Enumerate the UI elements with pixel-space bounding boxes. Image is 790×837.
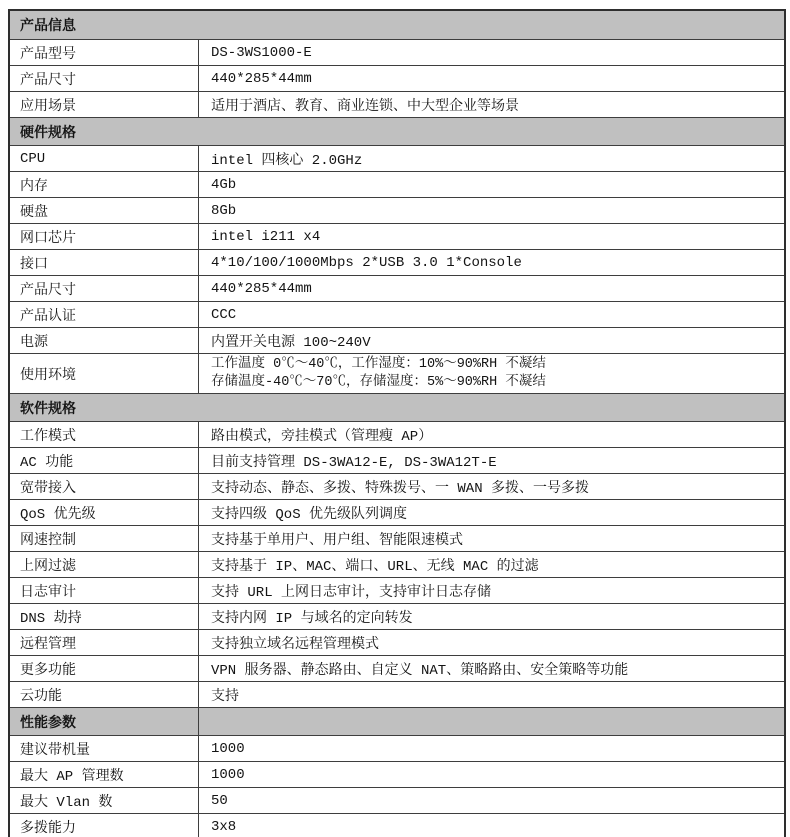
table-row: DNS 劫持支持内网 IP 与域名的定向转发 [10, 603, 784, 629]
spec-value: 路由模式，旁挂模式（管理瘦 AP） [199, 422, 784, 447]
table-row: 更多功能VPN 服务器、静态路由、自定义 NAT、策略路由、安全策略等功能 [10, 655, 784, 681]
spec-label: 内存 [10, 172, 199, 197]
spec-label: 工作模式 [10, 422, 199, 447]
spec-value: 3x8 [199, 814, 784, 837]
spec-label: 云功能 [10, 682, 199, 707]
table-row: 宽带接入支持动态、静态、多拨、特殊拨号、一 WAN 多拨、一号多拨 [10, 473, 784, 499]
table-row: 最大 AP 管理数1000 [10, 761, 784, 787]
section-header-spacer [199, 708, 784, 735]
spec-value: 适用于酒店、教育、商业连锁、中大型企业等场景 [199, 92, 784, 117]
table-row: 网速控制支持基于单用户、用户组、智能限速模式 [10, 525, 784, 551]
spec-value: 支持内网 IP 与域名的定向转发 [199, 604, 784, 629]
table-row: QoS 优先级支持四级 QoS 优先级队列调度 [10, 499, 784, 525]
spec-value: 目前支持管理 DS-3WA12-E, DS-3WA12T-E [199, 448, 784, 473]
spec-label: 多拨能力 [10, 814, 199, 837]
spec-value: 440*285*44mm [199, 276, 784, 301]
spec-label: 日志审计 [10, 578, 199, 603]
spec-value: 50 [199, 788, 784, 813]
spec-label: 网口芯片 [10, 224, 199, 249]
spec-value: 支持动态、静态、多拨、特殊拨号、一 WAN 多拨、一号多拨 [199, 474, 784, 499]
section-title: 硬件规格 [10, 118, 784, 145]
table-row: 产品尺寸440*285*44mm [10, 65, 784, 91]
table-row: 云功能支持 [10, 681, 784, 707]
table-row: AC 功能目前支持管理 DS-3WA12-E, DS-3WA12T-E [10, 447, 784, 473]
table-row: 建议带机量1000 [10, 735, 784, 761]
spec-label: 上网过滤 [10, 552, 199, 577]
spec-label: 宽带接入 [10, 474, 199, 499]
spec-value: intel i211 x4 [199, 224, 784, 249]
spec-label: 硬盘 [10, 198, 199, 223]
spec-value: VPN 服务器、静态路由、自定义 NAT、策略路由、安全策略等功能 [199, 656, 784, 681]
section-header-row: 产品信息 [10, 11, 784, 39]
spec-value: 支持 [199, 682, 784, 707]
spec-value: 4*10/100/1000Mbps 2*USB 3.0 1*Console [199, 250, 784, 275]
spec-label: QoS 优先级 [10, 500, 199, 525]
section-title: 产品信息 [10, 11, 784, 39]
spec-value-line: 工作温度 0℃～40℃，工作湿度：10%～90%RH 不凝结 [211, 356, 546, 374]
table-row: 电源内置开关电源 100~240V [10, 327, 784, 353]
spec-value: DS-3WS1000-E [199, 40, 784, 65]
spec-label: 产品型号 [10, 40, 199, 65]
section-title: 软件规格 [10, 394, 784, 421]
table-row: 内存4Gb [10, 171, 784, 197]
spec-label: 产品尺寸 [10, 276, 199, 301]
table-row: 硬盘8Gb [10, 197, 784, 223]
spec-value: intel 四核心 2.0GHz [199, 146, 784, 171]
spec-label: 建议带机量 [10, 736, 199, 761]
spec-label: 使用环境 [10, 354, 199, 393]
spec-value: 440*285*44mm [199, 66, 784, 91]
table-row: CPUintel 四核心 2.0GHz [10, 145, 784, 171]
spec-value: 支持四级 QoS 优先级队列调度 [199, 500, 784, 525]
spec-label: 应用场景 [10, 92, 199, 117]
section-header-row: 硬件规格 [10, 117, 784, 145]
table-row: 日志审计支持 URL 上网日志审计，支持审计日志存储 [10, 577, 784, 603]
spec-value: 支持基于单用户、用户组、智能限速模式 [199, 526, 784, 551]
section-header-row: 性能参数 [10, 707, 784, 735]
spec-value: 支持 URL 上网日志审计，支持审计日志存储 [199, 578, 784, 603]
table-row: 工作模式路由模式，旁挂模式（管理瘦 AP） [10, 421, 784, 447]
spec-value: 支持基于 IP、MAC、端口、URL、无线 MAC 的过滤 [199, 552, 784, 577]
table-row: 使用环境工作温度 0℃～40℃，工作湿度：10%～90%RH 不凝结存储温度-4… [10, 353, 784, 393]
table-row: 产品认证CCC [10, 301, 784, 327]
spec-value: CCC [199, 302, 784, 327]
spec-table: 产品信息产品型号DS-3WS1000-E产品尺寸440*285*44mm应用场景… [8, 9, 786, 837]
spec-value: 8Gb [199, 198, 784, 223]
table-row: 多拨能力3x8 [10, 813, 784, 837]
spec-label: 远程管理 [10, 630, 199, 655]
spec-value-line: 存储温度-40℃～70℃，存储湿度：5%～90%RH 不凝结 [211, 374, 546, 392]
table-row: 网口芯片intel i211 x4 [10, 223, 784, 249]
section-header-row: 软件规格 [10, 393, 784, 421]
spec-value: 内置开关电源 100~240V [199, 328, 784, 353]
spec-value: 支持独立域名远程管理模式 [199, 630, 784, 655]
table-row: 远程管理支持独立域名远程管理模式 [10, 629, 784, 655]
spec-value: 4Gb [199, 172, 784, 197]
spec-label: DNS 劫持 [10, 604, 199, 629]
table-row: 应用场景适用于酒店、教育、商业连锁、中大型企业等场景 [10, 91, 784, 117]
spec-value: 1000 [199, 736, 784, 761]
table-row: 上网过滤支持基于 IP、MAC、端口、URL、无线 MAC 的过滤 [10, 551, 784, 577]
spec-value: 工作温度 0℃～40℃，工作湿度：10%～90%RH 不凝结存储温度-40℃～7… [199, 354, 784, 393]
spec-label: 接口 [10, 250, 199, 275]
spec-label: 最大 AP 管理数 [10, 762, 199, 787]
spec-label: 更多功能 [10, 656, 199, 681]
table-row: 产品型号DS-3WS1000-E [10, 39, 784, 65]
table-row: 最大 Vlan 数50 [10, 787, 784, 813]
spec-label: 产品认证 [10, 302, 199, 327]
spec-value: 1000 [199, 762, 784, 787]
spec-label: 最大 Vlan 数 [10, 788, 199, 813]
spec-label: 产品尺寸 [10, 66, 199, 91]
table-row: 产品尺寸440*285*44mm [10, 275, 784, 301]
spec-label: AC 功能 [10, 448, 199, 473]
spec-label: CPU [10, 146, 199, 171]
spec-label: 电源 [10, 328, 199, 353]
section-title: 性能参数 [10, 708, 199, 735]
table-row: 接口4*10/100/1000Mbps 2*USB 3.0 1*Console [10, 249, 784, 275]
spec-label: 网速控制 [10, 526, 199, 551]
